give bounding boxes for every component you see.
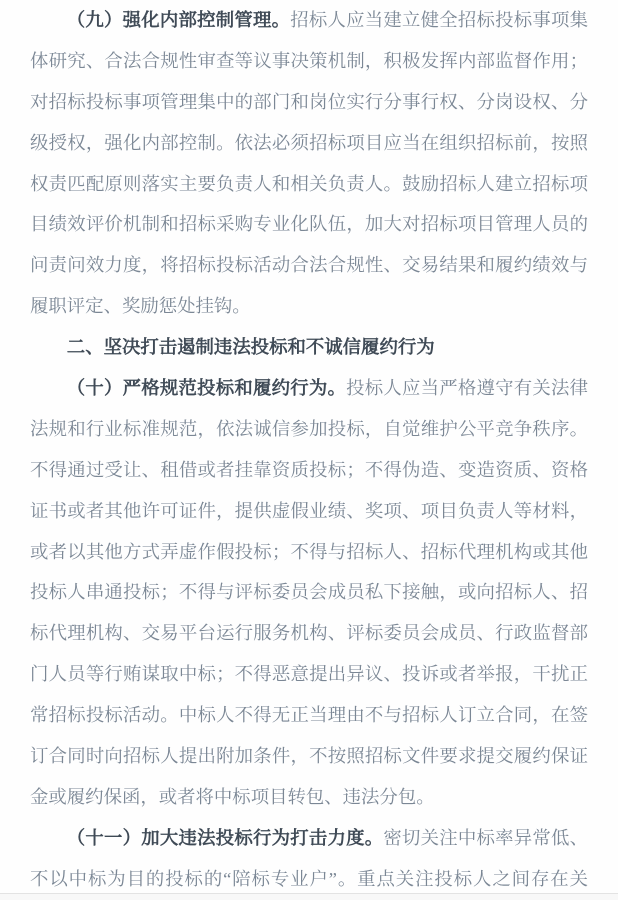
text-run: 履职评定、奖励惩处挂钩。 bbox=[30, 296, 251, 316]
text-run: 门人员等行贿谋取中标；不得恶意提出异议、投诉或者举报，干扰正 bbox=[30, 664, 588, 684]
document-body: （九）强化内部控制管理。招标人应当建立健全招标投标事项集体研究、合法合规性审查等… bbox=[30, 0, 588, 900]
para-9-internal-control-line-5: 权责匹配原则落实主要负责人和相关负责人。鼓励招标人建立招标项 bbox=[30, 164, 588, 205]
bold-run: （十）严格规范投标和履约行为。 bbox=[67, 378, 346, 398]
text-run: 体研究、合法合规性审查等议事决策机制，积极发挥内部监督作用； bbox=[30, 51, 588, 71]
text-run: 法规和行业标准规范，依法诚信参加投标，自觉维护公平竞争秩序。 bbox=[30, 419, 588, 439]
para-10-bid-conduct-line-3: 不得通过受让、租借或者挂靠资质投标；不得伪造、变造资质、资格 bbox=[30, 450, 588, 491]
para-9-internal-control-line-1: （九）强化内部控制管理。招标人应当建立健全招标投标事项集 bbox=[30, 0, 588, 41]
para-10-bid-conduct-line-1: （十）严格规范投标和履约行为。投标人应当严格遵守有关法律 bbox=[30, 368, 588, 409]
bold-run: （九）强化内部控制管理。 bbox=[67, 10, 290, 30]
para-9-internal-control-line-6: 目绩效评价机制和招标采购专业化队伍，加大对招标项目管理人员的 bbox=[30, 204, 588, 245]
heading-section-2-line-1: 二、坚决打击遏制违法投标和不诚信履约行为 bbox=[30, 327, 588, 368]
text-run: 投标人应当严格遵守有关法律 bbox=[346, 378, 588, 398]
para-10-bid-conduct-line-10: 订合同时向招标人提出附加条件，不按照招标文件要求提交履约保证 bbox=[30, 736, 588, 777]
para-10-bid-conduct-line-4: 证书或者其他许可证件，提供虚假业绩、奖项、项目负责人等材料， bbox=[30, 491, 588, 532]
text-run: 订合同时向招标人提出附加条件，不按照招标文件要求提交履约保证 bbox=[30, 746, 588, 766]
bold-run: （十一）加大违法投标行为打击力度。 bbox=[67, 828, 384, 848]
text-run: 常招标投标活动。中标人不得无正当理由不与招标人订立合同，在签 bbox=[30, 705, 588, 725]
text-run: 标代理机构、交易平台运行服务机构、评标委员会成员、行政监督部 bbox=[30, 623, 588, 643]
bold-run: 二、坚决打击遏制违法投标和不诚信履约行为 bbox=[67, 337, 435, 357]
para-10-bid-conduct-line-5: 或者以其他方式弄虚作假投标；不得与招标人、招标代理机构或其他 bbox=[30, 532, 588, 573]
para-10-bid-conduct-line-2: 法规和行业标准规范，依法诚信参加投标，自觉维护公平竞争秩序。 bbox=[30, 409, 588, 450]
para-9-internal-control-line-4: 级授权，强化内部控制。依法必须招标项目应当在组织招标前，按照 bbox=[30, 123, 588, 164]
document-page: （九）强化内部控制管理。招标人应当建立健全招标投标事项集体研究、合法合规性审查等… bbox=[0, 0, 618, 900]
para-10-bid-conduct-line-7: 标代理机构、交易平台运行服务机构、评标委员会成员、行政监督部 bbox=[30, 613, 588, 654]
text-run: 问责问效力度，将招标投标活动合法合规性、交易结果和履约绩效与 bbox=[30, 255, 588, 275]
para-10-bid-conduct-line-8: 门人员等行贿谋取中标；不得恶意提出异议、投诉或者举报，干扰正 bbox=[30, 654, 588, 695]
text-run: 权责匹配原则落实主要负责人和相关负责人。鼓励招标人建立招标项 bbox=[30, 174, 588, 194]
para-11-crackdown-line-1: （十一）加大违法投标行为打击力度。密切关注中标率异常低、 bbox=[30, 818, 588, 859]
para-9-internal-control-line-8: 履职评定、奖励惩处挂钩。 bbox=[30, 286, 588, 327]
text-run: 密切关注中标率异常低、 bbox=[383, 828, 588, 848]
text-run: 招标人应当建立健全招标投标事项集 bbox=[290, 10, 588, 30]
text-run: 目绩效评价机制和招标采购专业化队伍，加大对招标项目管理人员的 bbox=[30, 214, 588, 234]
text-run: 或者以其他方式弄虚作假投标；不得与招标人、招标代理机构或其他 bbox=[30, 542, 588, 562]
para-10-bid-conduct-line-6: 投标人串通投标；不得与评标委员会成员私下接触，或向招标人、招 bbox=[30, 572, 588, 613]
para-10-bid-conduct-line-11: 金或履约保函，或者将中标项目转包、违法分包。 bbox=[30, 777, 588, 818]
text-run: 投标人串通投标；不得与评标委员会成员私下接触，或向招标人、招 bbox=[30, 582, 588, 602]
para-10-bid-conduct-line-9: 常招标投标活动。中标人不得无正当理由不与招标人订立合同，在签 bbox=[30, 695, 588, 736]
text-run: 不得通过受让、租借或者挂靠资质投标；不得伪造、变造资质、资格 bbox=[30, 460, 588, 480]
para-9-internal-control-line-7: 问责问效力度，将招标投标活动合法合规性、交易结果和履约绩效与 bbox=[30, 245, 588, 286]
text-run: 证书或者其他许可证件，提供虚假业绩、奖项、项目负责人等材料， bbox=[30, 501, 588, 521]
text-run: 金或履约保函，或者将中标项目转包、违法分包。 bbox=[30, 787, 435, 807]
page-bottom-edge bbox=[0, 893, 618, 900]
para-9-internal-control-line-2: 体研究、合法合规性审查等议事决策机制，积极发挥内部监督作用； bbox=[30, 41, 588, 82]
para-9-internal-control-line-3: 对招标投标事项管理集中的部门和岗位实行分事行权、分岗设权、分 bbox=[30, 82, 588, 123]
text-run: 级授权，强化内部控制。依法必须招标项目应当在组织招标前，按照 bbox=[30, 133, 588, 153]
text-run: 不以中标为目的投标的“陪标专业户”。重点关注投标人之间存在关 bbox=[30, 869, 588, 889]
text-run: 对招标投标事项管理集中的部门和岗位实行分事行权、分岗设权、分 bbox=[30, 92, 588, 112]
